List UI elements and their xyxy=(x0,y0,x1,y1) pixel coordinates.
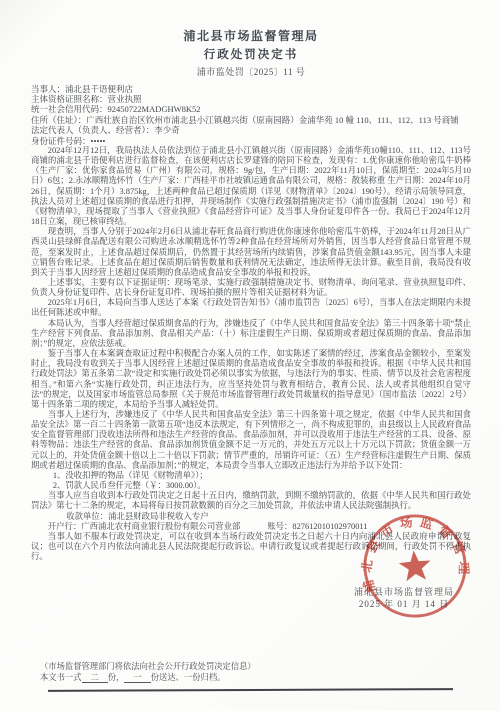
party-id-number-line: 身份证件号码：••••• xyxy=(31,136,471,146)
paragraph-violation-opinion: 本局认为，当事人经营超过保质期食品的行为，涉嫌违反了《中华人民共和国食品安全法》… xyxy=(31,319,471,349)
party-credit-value: 92450722MADGHW8K52 xyxy=(108,104,201,114)
paragraph-investigation-facts: 现查明，当事人分别于2024年2月6日从浦北春旺食品商行购进优你康速你他哈密瓜牛… xyxy=(31,227,471,278)
party-id-label: 身份证件号码： xyxy=(31,136,91,146)
party-cert-value: 营业执照 xyxy=(108,94,142,104)
copies-count-blank: 二 xyxy=(82,673,108,683)
bank-name: 开户行：广西浦北农村商业银行股份有限公司营业部 xyxy=(48,522,241,531)
svg-text:浦北县市场监督管理局: 浦北县市场监督管理局 xyxy=(356,507,473,595)
copies-suffix: 份送达、一份归档。 xyxy=(151,673,226,682)
party-credit-label: 统一社会信用代码： xyxy=(31,104,108,114)
decision-text-section: 2024年12月12日，我局执法人员依法到位于浦北县小江镇越兴街（原南园路）金浦… xyxy=(31,146,471,562)
party-name-label: 当事人： xyxy=(31,84,65,94)
account-label: 账号： xyxy=(267,522,292,531)
document-header: 浦北县市场监督管理局 行政处罚决定书 浦市监处罚〔2025〕11 号 xyxy=(31,27,471,78)
party-legal-label: 法定代表人（负责人、经营者）： xyxy=(31,125,154,135)
deliver-count-blank: 一 xyxy=(124,673,150,683)
disclosure-note: （市场监督管理部门将依法向社会公开行政处罚决定信息） xyxy=(40,662,465,673)
party-name-value: 浦北县千语便利店 xyxy=(65,84,133,94)
bottom-divider xyxy=(48,688,453,692)
paragraph-mitigation: 鉴于当事人在本案调查取证过程中积极配合办案人员的工作，如实陈述了案情的经过，涉案… xyxy=(31,349,471,410)
official-seal: 浦北县市场监督管理局 xyxy=(356,507,473,624)
copies-line: 本文书一式二份，一份送达、一份归档。 xyxy=(40,673,465,684)
copies-mid: 份， xyxy=(108,673,125,682)
document-footer: （市场监督管理部门将依法向社会公开行政处罚决定信息） 本文书一式二份，一份送达、… xyxy=(40,662,465,684)
seal-star-icon xyxy=(398,549,432,582)
document-body: 浦北县市场监督管理局 行政处罚决定书 浦市监处罚〔2025〕11 号 当事人：浦… xyxy=(31,27,471,562)
party-id-value-masked: ••••• xyxy=(91,136,106,146)
party-address-value: 广西壮族自治区钦州市浦北县小江镇越兴街（原南园路）金浦华苑 10 幢 110、1… xyxy=(86,115,458,125)
party-credit-code-line: 统一社会信用代码：92450722MADGHW8K52 xyxy=(31,104,471,114)
party-address-label: 住所（住址）： xyxy=(31,115,86,125)
party-legal-value: 李少奇 xyxy=(154,125,180,135)
paragraph-inspection-findings: 2024年12月12日，我局执法人员依法到位于浦北县小江镇越兴街（原南园路）金浦… xyxy=(31,146,471,227)
party-address-line: 住所（住址）：广西壮族自治区钦州市浦北县小江镇越兴街（原南园路）金浦华苑 10 … xyxy=(31,115,471,125)
party-info-section: 当事人：浦北县千语便利店 主体资格证照名称：营业执照 统一社会信用代码：9245… xyxy=(31,84,471,146)
seal-agency-text: 浦北县市场监督管理局 xyxy=(356,507,473,595)
copies-prefix: 本文书一式 xyxy=(40,673,82,682)
paragraph-notification: 2025年1月6日，本局向当事人送达了本案《行政处罚告知书》（浦市监罚告〔202… xyxy=(31,298,471,318)
scanned-penalty-decision-page: 浦北县市场监督管理局 行政处罚决定书 浦市监处罚〔2025〕11 号 当事人：浦… xyxy=(0,0,500,711)
party-legal-rep-line: 法定代表人（负责人、经营者）：李少奇 xyxy=(31,125,471,135)
paragraph-legal-basis: 当事人上述行为，涉嫌违反了《中华人民共和国食品安全法》第三十四条第十项之规定，依… xyxy=(31,410,471,471)
issuing-agency-title: 浦北县市场监督管理局 xyxy=(31,27,471,44)
party-name-line: 当事人：浦北县千语便利店 xyxy=(31,84,471,94)
account-number-group: 账号：827612010102970011 xyxy=(267,522,367,531)
document-number: 浦市监处罚〔2025〕11 号 xyxy=(31,65,471,78)
party-cert-line: 主体资格证照名称：营业执照 xyxy=(31,94,471,104)
penalty-item-confiscation: 1、没收扣押的物品（详见《财物清单》）； xyxy=(31,471,471,481)
party-cert-label: 主体资格证照名称： xyxy=(31,94,108,104)
paragraph-payment-deadline: 当事人应当自收到本行政处罚决定之日起十五日内，缴纳罚款，到期不缴纳罚款的，依据《… xyxy=(31,491,471,511)
penalty-item-fine: 2、罚款人民币叁仟元整（￥：3000.00）。 xyxy=(31,481,471,491)
paragraph-evidence-list: 上述事实，主要有以下证据证明：现场笔录、实施行政强制措施决定书、财物清单、询问笔… xyxy=(31,278,471,298)
document-title: 行政处罚决定书 xyxy=(31,46,471,62)
